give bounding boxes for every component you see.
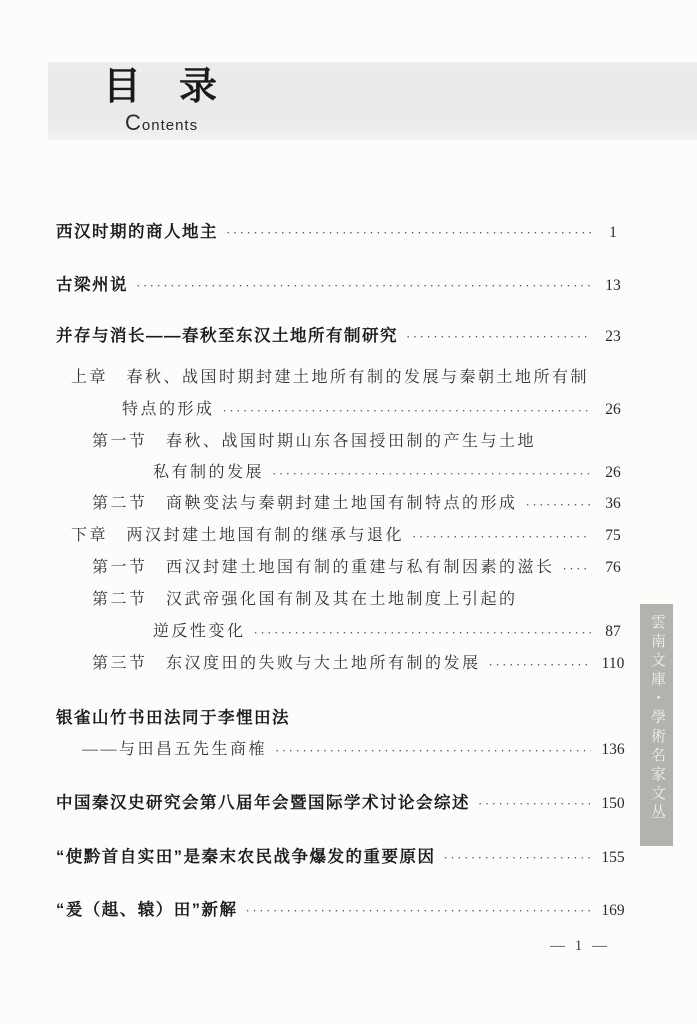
toc-list: 西汉时期的商人地主·······························… <box>56 222 631 920</box>
dot-leader: ········································… <box>136 276 591 296</box>
toc-page-number: 23 <box>595 327 631 347</box>
toc-entry: 逆反性变化···································… <box>56 622 631 642</box>
toc-entry-title: 并存与消长——春秋至东汉土地所有制研究 <box>56 326 398 346</box>
toc-entry-title: 第一节 春秋、战国时期山东各国授田制的产生与土地 <box>92 432 536 452</box>
toc-entry: 私有制的发展··································… <box>56 463 631 483</box>
toc-page-number: 76 <box>595 558 631 578</box>
page-number-footer: — 1 — <box>550 938 610 955</box>
toc-page-number: 26 <box>595 463 631 483</box>
toc-entry-title: 西汉时期的商人地主 <box>56 222 218 242</box>
toc-entry: 中国秦汉史研究会第八届年会暨国际学术讨论会综述·················… <box>56 793 631 813</box>
header-band: 目 录 Contents <box>48 62 697 140</box>
series-label-strip: 雲南文庫・學術名家文丛 <box>640 604 673 846</box>
toc-entry: 银雀山竹书田法同于李悝田法 <box>56 708 631 728</box>
series-label: 雲南文庫・學術名家文丛 <box>640 614 673 846</box>
toc-page-number: 110 <box>595 654 631 674</box>
dot-leader: ········································… <box>412 527 591 547</box>
toc-entry-title: 第一节 西汉封建土地国有制的重建与私有制因素的滋长 <box>92 558 555 578</box>
toc-entry: 古梁州说····································… <box>56 275 631 295</box>
toc-page-number: 36 <box>595 494 631 514</box>
dot-leader: ········································… <box>406 327 591 347</box>
toc-entry-title: 第二节 汉武帝强化国有制及其在土地制度上引起的 <box>92 590 518 610</box>
toc-page-number: 136 <box>595 740 631 760</box>
toc-entry: 并存与消长——春秋至东汉土地所有制研究·····················… <box>56 326 631 346</box>
toc-entry: 第三节 东汉度田的失败与大土地所有制的发展···················… <box>56 654 631 674</box>
page-title: 目 录 <box>103 68 217 106</box>
toc-entry: 下章 两汉封建土地国有制的继承与退化······················… <box>56 526 631 546</box>
toc-entry: 西汉时期的商人地主·······························… <box>56 222 631 242</box>
toc-entry-title: 第二节 商鞅变法与秦朝封建土地国有制特点的形成 <box>92 494 518 514</box>
toc-page-number: 13 <box>595 276 631 296</box>
toc-page-number: 150 <box>595 794 631 814</box>
dot-leader: ········································… <box>246 901 592 921</box>
dot-leader: ········································… <box>272 464 591 484</box>
toc-entry: 上章 春秋、战国时期封建土地所有制的发展与秦朝土地所有制 <box>56 368 631 388</box>
dot-leader: ········································… <box>563 559 591 579</box>
toc-entry: “爰（趄、辕）田”新解·····························… <box>56 900 631 920</box>
toc-entry-title: 第三节 东汉度田的失败与大土地所有制的发展 <box>92 654 481 674</box>
toc-page-number: 87 <box>595 622 631 642</box>
page-subtitle: Contents <box>125 110 198 136</box>
toc-entry: ——与田昌五先生商榷······························… <box>56 740 631 760</box>
toc-entry-title: 古梁州说 <box>56 275 128 295</box>
dot-leader: ········································… <box>444 848 592 868</box>
toc-entry: 第二节 汉武帝强化国有制及其在土地制度上引起的 <box>56 590 631 610</box>
toc-entry-title: “爰（趄、辕）田”新解 <box>56 900 238 920</box>
toc-entry-title: 中国秦汉史研究会第八届年会暨国际学术讨论会综述 <box>56 793 470 813</box>
toc-entry: 第二节 商鞅变法与秦朝封建土地国有制特点的形成·················… <box>56 494 631 514</box>
dot-leader: ········································… <box>226 223 591 243</box>
toc-page-number: 155 <box>595 848 631 868</box>
dot-leader: ········································… <box>478 794 591 814</box>
dot-leader: ········································… <box>526 495 591 515</box>
toc-entry: 第一节 西汉封建土地国有制的重建与私有制因素的滋长···············… <box>56 558 631 578</box>
toc-scanned-page: 目 录 Contents 西汉时期的商人地主··················… <box>0 0 697 1024</box>
toc-page-number: 26 <box>595 400 631 420</box>
toc-entry-title: 银雀山竹书田法同于李悝田法 <box>56 708 290 728</box>
toc-page-number: 1 <box>595 223 631 243</box>
dot-leader: ········································… <box>254 623 591 643</box>
toc-page-number: 169 <box>595 901 631 921</box>
toc-entry-title: 特点的形成 <box>122 400 215 420</box>
toc-entry-title: “使黔首自实田”是秦末农民战争爆发的重要原因 <box>56 847 436 867</box>
toc-page-number: 75 <box>595 526 631 546</box>
dot-leader: ········································… <box>489 655 591 675</box>
toc-entry-title: 下章 两汉封建土地国有制的继承与退化 <box>71 526 404 546</box>
dot-leader: ········································… <box>223 401 591 421</box>
dot-leader: ········································… <box>275 741 591 761</box>
toc-entry-title: 逆反性变化 <box>153 622 246 642</box>
toc-entry: 特点的形成···································… <box>56 400 631 420</box>
toc-entry: “使黔首自实田”是秦末农民战争爆发的重要原因··················… <box>56 847 631 867</box>
toc-entry: 第一节 春秋、战国时期山东各国授田制的产生与土地 <box>56 432 631 452</box>
toc-entry-title: 私有制的发展 <box>153 463 264 483</box>
toc-entry-title: 上章 春秋、战国时期封建土地所有制的发展与秦朝土地所有制 <box>71 368 589 388</box>
toc-entry-title: ——与田昌五先生商榷 <box>82 740 267 760</box>
